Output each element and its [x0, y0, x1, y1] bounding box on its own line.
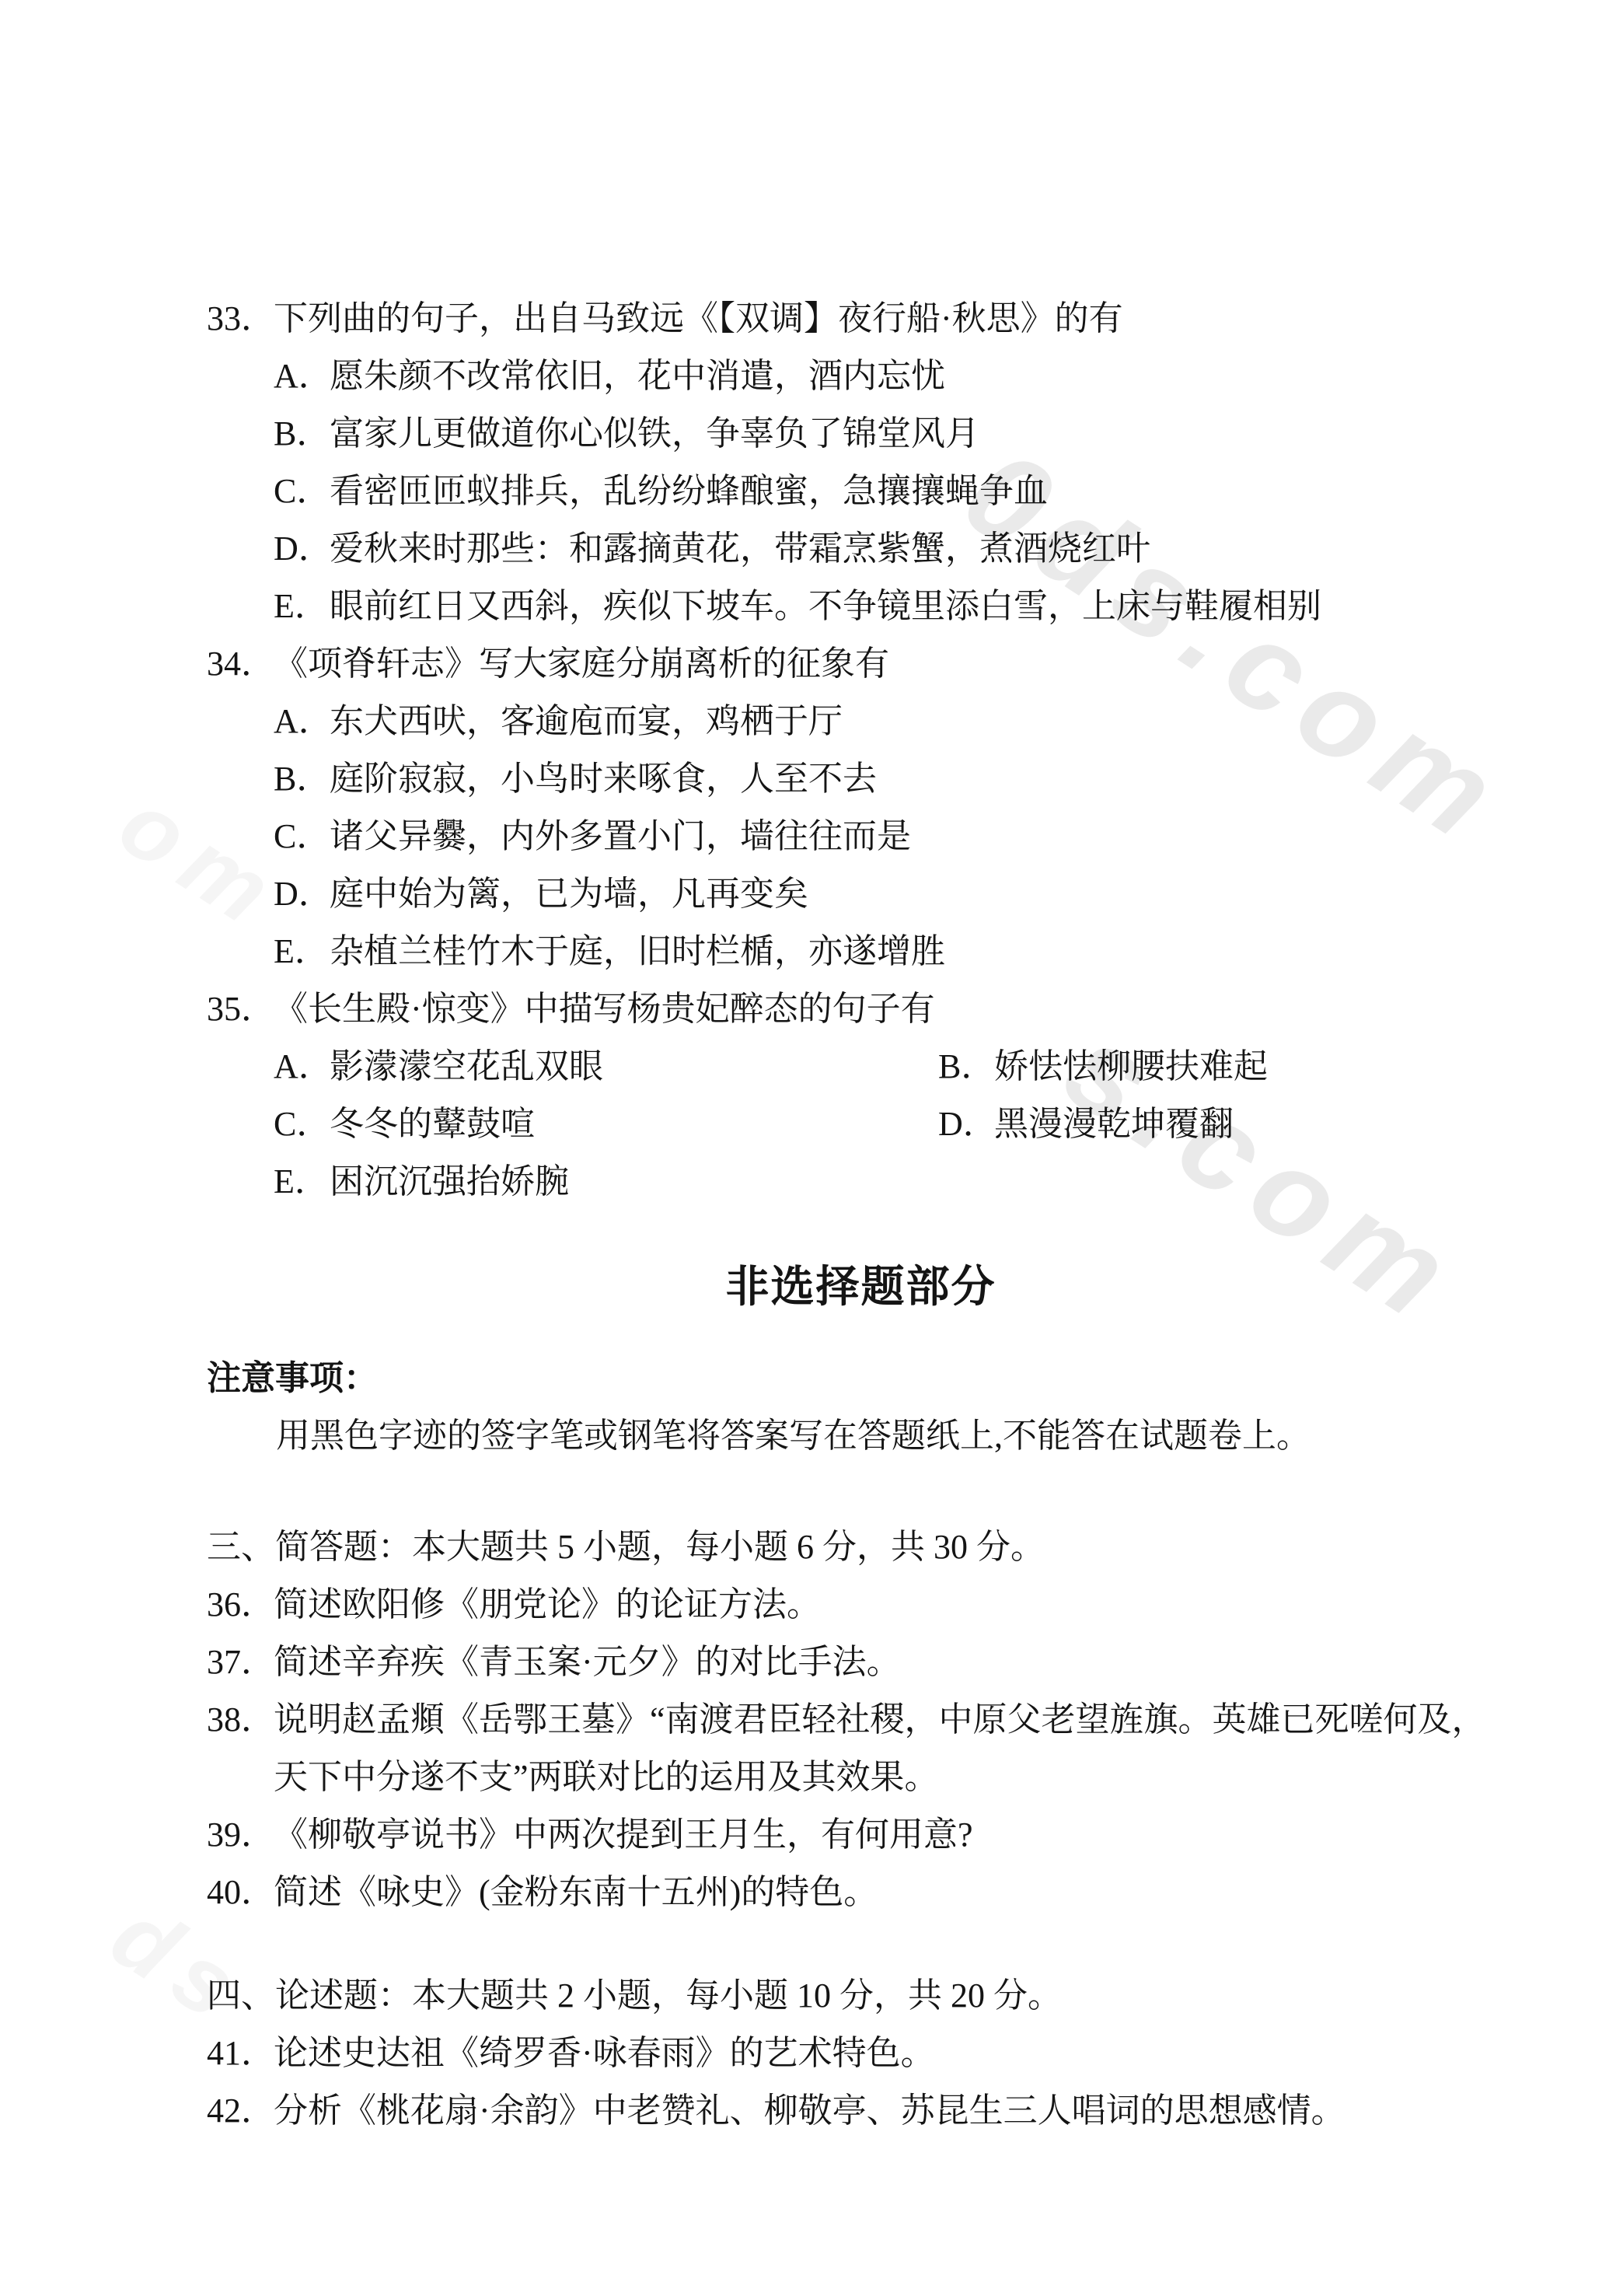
question-38: 38．说明赵孟頫《岳鄂王墓》“南渡君臣轻社稷，中原父老望旌旗。英雄已死嗟何及，	[207, 1691, 1515, 1749]
option-label: D．	[274, 520, 330, 578]
question-37: 37．简述辛弃疾《青玉案·元夕》的对比手法。	[207, 1634, 1515, 1691]
question-33-option-d: D．爱秋来时那些：和露摘黄花，带霜烹紫蟹，煮酒烧红叶	[207, 520, 1515, 578]
question-38-text-line-1: 说明赵孟頫《岳鄂王墓》“南渡君臣轻社稷，中原父老望旌旗。英雄已死嗟何及，	[274, 1700, 1486, 1739]
question-34-number: 34．	[207, 635, 274, 693]
option-label: E．	[274, 1153, 330, 1211]
option-text: 诸父异爨，内外多置小门，墙往往而是	[330, 817, 911, 855]
section-4-heading: 四、论述题：本大题共 2 小题，每小题 10 分，共 20 分。	[207, 1967, 1515, 2025]
option-label: C．	[274, 808, 330, 865]
option-label: B．	[274, 750, 330, 808]
question-35-options-row-1: A．影濛濛空花乱双眼 B．娇怯怯柳腰扶难起	[207, 1038, 1515, 1096]
option-label: B．	[274, 405, 330, 463]
option-label: E．	[274, 923, 330, 980]
question-34-option-a: A．东犬西吠，客逾庖而宴，鸡栖于厅	[207, 693, 1515, 750]
notes-text: 用黑色字迹的签字笔或钢笔将答案写在答题纸上,不能答在试题卷上。	[207, 1407, 1515, 1465]
question-37-text: 简述辛弃疾《青玉案·元夕》的对比手法。	[274, 1643, 901, 1681]
question-35-option-e: E．困沉沉强抬娇腕	[207, 1153, 1515, 1211]
exam-page: 0ds.com s.com om ds 33．下列曲的句子，出自马致远《【双调】…	[0, 0, 1616, 2296]
question-40: 40．简述《咏史》(金粉东南十五州)的特色。	[207, 1864, 1515, 1921]
question-33-number: 33．	[207, 290, 274, 348]
option-text: 庭阶寂寂，小鸟时来啄食，人至不去	[330, 760, 877, 798]
question-37-number: 37．	[207, 1634, 274, 1691]
option-label: A．	[274, 348, 330, 405]
question-34-text: 《项脊轩志》写大家庭分崩离析的征象有	[274, 645, 889, 683]
option-text: 影濛濛空花乱双眼	[330, 1047, 603, 1085]
option-text: 富家儿更做道你心似铁，争辜负了锦堂风月	[330, 414, 979, 453]
option-text: 冬冬的鼙鼓喧	[330, 1105, 535, 1143]
option-text: 愿朱颜不改常依旧，花中消遣，酒内忘忧	[330, 357, 945, 395]
question-36-number: 36．	[207, 1576, 274, 1634]
question-34-stem: 34．《项脊轩志》写大家庭分崩离析的征象有	[207, 635, 1515, 693]
question-34-option-d: D．庭中始为篱，已为墙，凡再变矣	[207, 865, 1515, 923]
option-label: A．	[274, 693, 330, 750]
question-35-text: 《长生殿·惊变》中描写杨贵妃醉态的句子有	[274, 990, 935, 1028]
option-label: A．	[274, 1038, 330, 1096]
option-text: 娇怯怯柳腰扶难起	[994, 1047, 1268, 1085]
question-34-option-c: C．诸父异爨，内外多置小门，墙往往而是	[207, 808, 1515, 865]
option-label: D．	[938, 1096, 994, 1153]
question-35-option-b: B．娇怯怯柳腰扶难起	[938, 1038, 1268, 1096]
question-36-text: 简述欧阳修《朋党论》的论证方法。	[274, 1585, 821, 1623]
notes-label: 注意事项：	[207, 1350, 1515, 1407]
question-33-option-e: E．眼前红日又西斜，疾似下坡车。不争镜里添白雪，上床与鞋履相别	[207, 578, 1515, 635]
question-34-option-e: E．杂植兰桂竹木于庭，旧时栏楯，亦遂增胜	[207, 923, 1515, 980]
question-41: 41．论述史达祖《绮罗香·咏春雨》的艺术特色。	[207, 2025, 1515, 2082]
question-39-text: 《柳敬亭说书》中两次提到王月生，有何用意?	[274, 1815, 973, 1854]
question-39: 39．《柳敬亭说书》中两次提到王月生，有何用意?	[207, 1806, 1515, 1864]
question-35-stem: 35．《长生殿·惊变》中描写杨贵妃醉态的句子有	[207, 980, 1515, 1038]
option-text: 看密匝匝蚁排兵，乱纷纷蜂酿蜜，急攘攘蝇争血	[330, 472, 1048, 510]
section-3-heading: 三、简答题：本大题共 5 小题，每小题 6 分，共 30 分。	[207, 1518, 1515, 1576]
option-text: 东犬西吠，客逾庖而宴，鸡栖于厅	[330, 702, 843, 740]
option-text: 黑漫漫乾坤覆翻	[994, 1105, 1234, 1143]
option-text: 庭中始为篱，已为墙，凡再变矣	[330, 875, 808, 913]
question-39-number: 39．	[207, 1806, 274, 1864]
option-label: B．	[938, 1038, 994, 1096]
exam-content: 33．下列曲的句子，出自马致远《【双调】夜行船·秋思》的有 A．愿朱颜不改常依旧…	[0, 0, 1616, 2140]
option-text: 困沉沉强抬娇腕	[330, 1162, 569, 1200]
question-33-option-c: C．看密匝匝蚁排兵，乱纷纷蜂酿蜜，急攘攘蝇争血	[207, 463, 1515, 520]
question-35-number: 35．	[207, 980, 274, 1038]
option-text: 眼前红日又西斜，疾似下坡车。不争镜里添白雪，上床与鞋履相别	[330, 587, 1321, 625]
question-41-text: 论述史达祖《绮罗香·咏春雨》的艺术特色。	[274, 2034, 935, 2072]
question-42-number: 42．	[207, 2082, 274, 2140]
section-title-non-choice: 非选择题部分	[207, 1256, 1515, 1318]
option-label: C．	[274, 463, 330, 520]
question-33-option-a: A．愿朱颜不改常依旧，花中消遣，酒内忘忧	[207, 348, 1515, 405]
question-35-option-d: D．黑漫漫乾坤覆翻	[938, 1096, 1234, 1153]
question-34-option-b: B．庭阶寂寂，小鸟时来啄食，人至不去	[207, 750, 1515, 808]
question-42-text: 分析《桃花扇·余韵》中老赞礼、柳敬亭、苏昆生三人唱词的思想感情。	[274, 2092, 1346, 2130]
question-38-text-line-2: 天下中分遂不支”两联对比的运用及其效果。	[207, 1749, 1515, 1806]
option-label: E．	[274, 578, 330, 635]
option-label: C．	[274, 1096, 330, 1153]
question-42: 42．分析《桃花扇·余韵》中老赞礼、柳敬亭、苏昆生三人唱词的思想感情。	[207, 2082, 1515, 2140]
option-label: D．	[274, 865, 330, 923]
option-text: 爱秋来时那些：和露摘黄花，带霜烹紫蟹，煮酒烧红叶	[330, 529, 1150, 568]
question-41-number: 41．	[207, 2025, 274, 2082]
question-33-option-b: B．富家儿更做道你心似铁，争辜负了锦堂风月	[207, 405, 1515, 463]
question-33-stem: 33．下列曲的句子，出自马致远《【双调】夜行船·秋思》的有	[207, 290, 1515, 348]
question-40-number: 40．	[207, 1864, 274, 1921]
question-35-options-row-2: C．冬冬的鼙鼓喧 D．黑漫漫乾坤覆翻	[207, 1096, 1515, 1153]
question-33-text: 下列曲的句子，出自马致远《【双调】夜行船·秋思》的有	[274, 299, 1123, 337]
question-38-number: 38．	[207, 1691, 274, 1749]
question-40-text: 简述《咏史》(金粉东南十五州)的特色。	[274, 1873, 878, 1911]
question-36: 36．简述欧阳修《朋党论》的论证方法。	[207, 1576, 1515, 1634]
option-text: 杂植兰桂竹木于庭，旧时栏楯，亦遂增胜	[330, 932, 945, 970]
